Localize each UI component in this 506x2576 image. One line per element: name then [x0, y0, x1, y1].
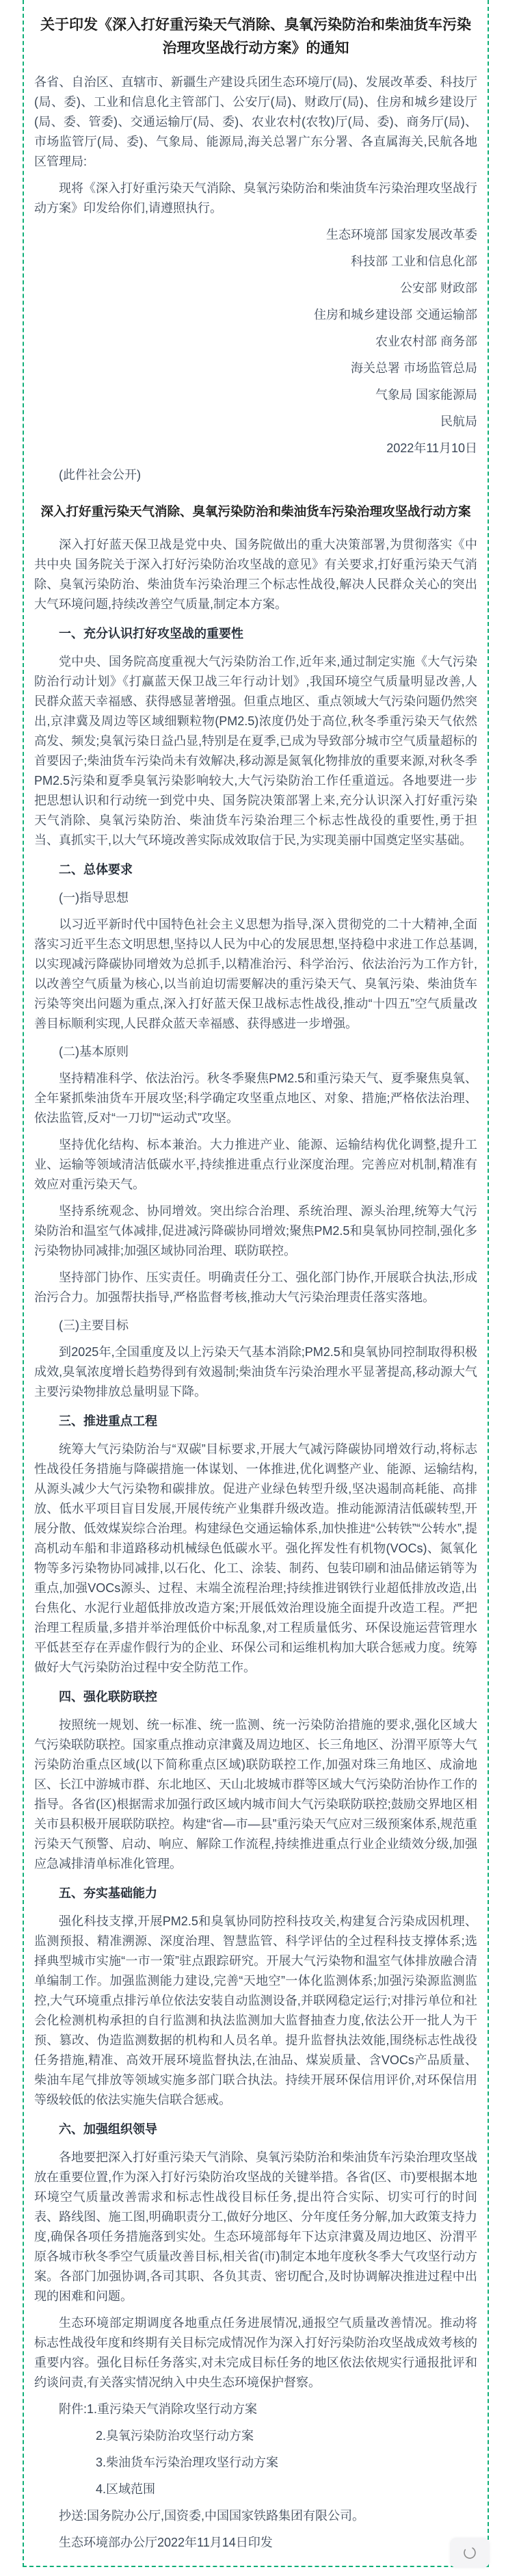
attachment-item-1: 附件:1.重污染天气消除攻坚行动方案: [34, 2399, 477, 2419]
principle-paragraph-3: 坚持系统观念、协同增效。突出综合治理、系统治理、源头治理,统筹大气污染防治和温室…: [34, 1201, 477, 1261]
attachment-item-4: 4.区域范围: [96, 2480, 477, 2499]
signature-line: 气象局 国家能源局: [34, 385, 477, 405]
issuance-line: 生态环境部办公厅2022年11月14日印发: [34, 2533, 477, 2553]
public-release-note: (此件社会公开): [34, 465, 477, 485]
signature-line: 海关总署 市场监管总局: [34, 359, 477, 378]
document-frame: 关于印发《深入打好重污染天气消除、臭氧污染防治和柴油货车污染治理攻坚战行动方案》…: [23, 0, 489, 2567]
signature-line: 公安部 财政部: [34, 278, 477, 298]
issue-date: 2022年11月10日: [34, 439, 477, 458]
subsection-heading-2-1: (一)指导思想: [34, 888, 477, 908]
floating-action-button[interactable]: [450, 2538, 490, 2568]
signature-line: 农业农村部 商务部: [34, 332, 477, 352]
section-4-paragraph: 按照统一规划、统一标准、统一监测、统一污染防治措施的要求,强化区域大气污染联防联…: [34, 1715, 477, 1874]
attachment-item-3: 3.柴油货车污染治理攻坚行动方案: [96, 2453, 477, 2473]
forwarding-paragraph: 现将《深入打好重污染天气消除、臭氧污染防治和柴油货车污染治理攻坚战行动方案》印发…: [34, 179, 477, 218]
section-6-paragraph-2: 生态环境部定期调度各地重点任务进展情况,通报空气质量改善情况。推动将标志性战役年…: [34, 2313, 477, 2393]
signature-line: 科技部 工业和信息化部: [34, 252, 477, 272]
section-heading-5: 五、夯实基础能力: [34, 1884, 477, 1903]
section-heading-2: 二、总体要求: [34, 860, 477, 880]
signature-line: 民航局: [34, 412, 477, 432]
subsection-heading-2-3: (三)主要目标: [34, 1316, 477, 1336]
document-body: 各省、自治区、直辖市、新疆生产建设兵团生态环境厅(局)、发展改革委、科技厅(局、…: [34, 73, 477, 2553]
main-goals-paragraph: 到2025年,全国重度及以上污染天气基本消除;PM2.5和臭氧协同控制取得积极成…: [34, 1342, 477, 1402]
principle-paragraph-2: 坚持优化结构、标本兼治。大力推进产业、能源、运输结构优化调整,提升工业、运输等领…: [34, 1135, 477, 1195]
section-6-paragraph-1: 各地要把深入打好重污染天气消除、臭氧污染防治和柴油货车污染治理攻坚战放在重要位置…: [34, 2148, 477, 2306]
notice-title: 关于印发《深入打好重污染天气消除、臭氧污染防治和柴油货车污染治理攻坚战行动方案》…: [37, 14, 475, 60]
principle-paragraph-1: 坚持精准科学、依法治污。秋冬季聚焦PM2.5和重污染天气、夏季聚焦臭氧、全年紧抓…: [34, 1069, 477, 1128]
principle-paragraph-4: 坚持部门协作、压实责任。明确责任分工、强化部门协作,开展联合执法,形成治污合力。…: [34, 1268, 477, 1307]
section-heading-6: 六、加强组织领导: [34, 2120, 477, 2139]
loading-circle-icon: [462, 2545, 477, 2560]
section-heading-1: 一、充分认识打好攻坚战的重要性: [34, 624, 477, 644]
section-heading-3: 三、推进重点工程: [34, 1411, 477, 1431]
subsection-heading-2-2: (二)基本原则: [34, 1042, 477, 1062]
preamble-paragraph: 深入打好蓝天保卫战是党中央、国务院做出的重大决策部署,为贯彻落实《中共中央 国务…: [34, 535, 477, 614]
guiding-ideology-paragraph: 以习近平新时代中国特色社会主义思想为指导,深入贯彻党的二十大精神,全面落实习近平…: [34, 915, 477, 1034]
signature-line: 住房和城乡建设部 交通运输部: [34, 305, 477, 325]
cc-line: 抄送:国务院办公厅,国资委,中国国家铁路集团有限公司。: [34, 2506, 477, 2526]
section-3-paragraph: 统筹大气污染防治与“双碳”目标要求,开展大气减污降碳协同增效行动,将标志性战役任…: [34, 1440, 477, 1678]
section-5-paragraph: 强化科技支撑,开展PM2.5和臭氧协同防控科技攻关,构建复合污染成因机理、监测预…: [34, 1912, 477, 2110]
section-heading-4: 四、强化联防联控: [34, 1687, 477, 1707]
signature-line: 生态环境部 国家发展改革委: [34, 225, 477, 245]
addressee-paragraph: 各省、自治区、直辖市、新疆生产建设兵团生态环境厅(局)、发展改革委、科技厅(局、…: [34, 73, 477, 172]
plan-title: 深入打好重污染天气消除、臭氧污染防治和柴油货车污染治理攻坚战行动方案: [34, 502, 477, 521]
attachment-item-2: 2.臭氧污染防治攻坚行动方案: [96, 2426, 477, 2446]
section-1-paragraph: 党中央、国务院高度重视大气污染防治工作,近年来,通过制定实施《大气污染防治行动计…: [34, 652, 477, 850]
